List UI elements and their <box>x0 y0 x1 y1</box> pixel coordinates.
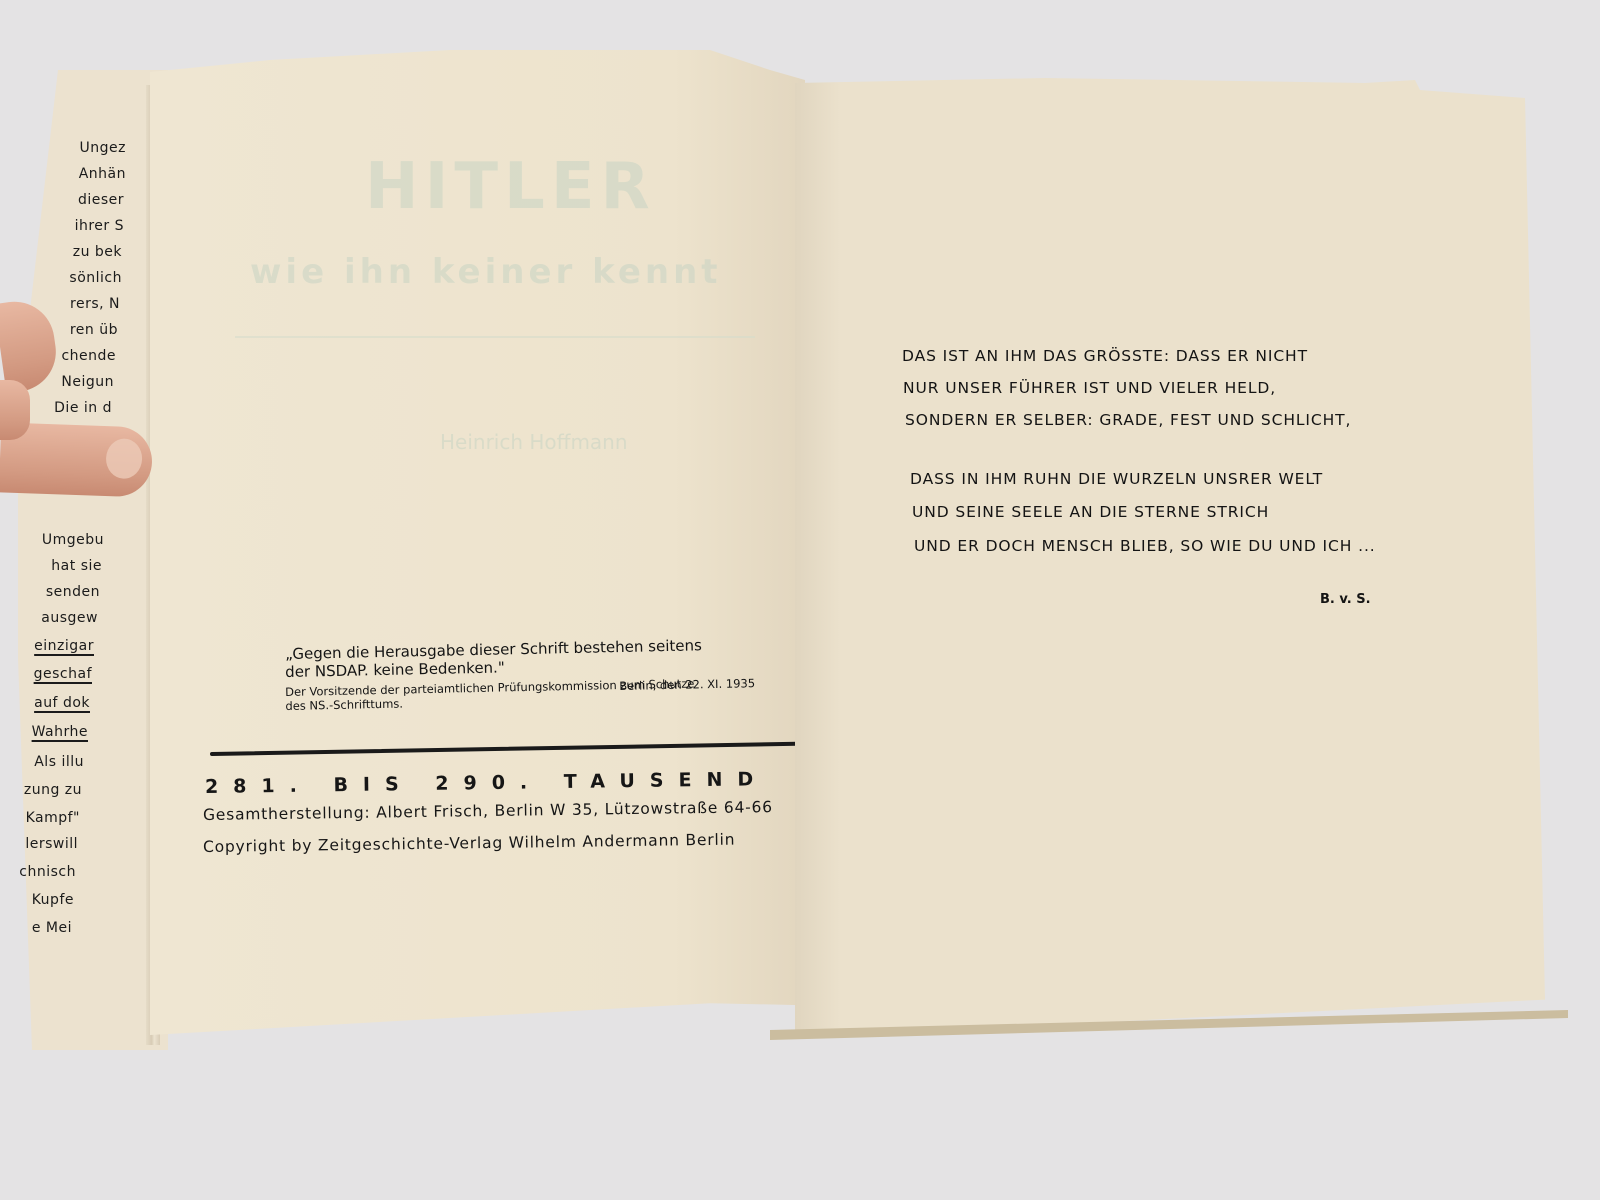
poem-line-2: NUR UNSER FÜHRER IST UND VIELER HELD, <box>903 379 1276 397</box>
flap-text-line: chende <box>61 348 116 364</box>
flap-text-line: einzigar <box>34 638 94 654</box>
flap-text-line: zung zu <box>24 782 82 798</box>
flap-text-line: Umgebu <box>42 532 104 548</box>
flap-text-line: sönlich <box>69 270 122 286</box>
flap-text-line: Neigun <box>61 374 114 390</box>
flap-text-line: senden <box>46 584 100 600</box>
finger-knuckle <box>0 380 30 440</box>
poem-line-1: DAS IST AN IHM DAS GRÖSSTE: DASS ER NICH… <box>902 347 1308 365</box>
flap-text-line: Kupfe <box>32 892 74 908</box>
poem-line-6: UND ER DOCH MENSCH BLIEB, SO WIE DU UND … <box>914 537 1376 555</box>
flap-text-line: lerswill <box>25 836 78 852</box>
right-page <box>795 78 1545 1038</box>
flap-text-line: auf dok <box>34 695 90 711</box>
poem-signature: B. v. S. <box>1320 592 1371 607</box>
flap-text-line: Kampf" <box>26 810 80 826</box>
flap-text-line: ihrer S <box>75 218 124 234</box>
flap-text-line: rers, N <box>70 296 120 312</box>
flap-text-line: chnisch <box>19 864 76 880</box>
poem-line-3: SONDERN ER SELBER: GRADE, FEST UND SCHLI… <box>905 411 1351 429</box>
flap-text-line: Als illu <box>34 754 84 770</box>
show-through-title: HITLER <box>365 150 656 224</box>
show-through-rule <box>235 336 755 338</box>
flap-text-line: Ungez <box>80 140 126 156</box>
flap-text-line: hat sie <box>51 558 102 574</box>
flap-text-line: zu bek <box>73 244 122 260</box>
approval-attribution: Der Vorsitzende der parteiamtlichen Prüf… <box>285 675 755 713</box>
attribution-line-2: des NS.-Schrifttums. <box>285 697 403 713</box>
flap-text-line: dieser <box>78 192 124 208</box>
approval-place-date: Berlin, den 22. XI. 1935 <box>619 676 755 693</box>
poem-line-5: UND SEINE SEELE AN DIE STERNE STRICH <box>912 503 1269 521</box>
flap-text-line: e Mei <box>32 920 72 936</box>
party-approval-notice: „Gegen die Herausgabe dieser Schrift bes… <box>285 645 755 713</box>
flap-text-line: Die in d <box>54 400 112 416</box>
fingernail <box>105 438 142 479</box>
flap-text-line: geschaf <box>34 666 92 682</box>
flap-text-line: ren üb <box>70 322 118 338</box>
show-through-subtitle: wie ihn keiner kennt <box>250 252 722 292</box>
show-through-author: Heinrich Hoffmann <box>440 430 628 454</box>
poem-line-4: DASS IN IHM RUHN DIE WURZELN UNSRER WELT <box>910 470 1323 488</box>
flap-text-line: ausgew <box>41 610 98 626</box>
flap-text-line: Anhän <box>79 166 126 182</box>
flap-text-line: Wahrhe <box>32 724 88 740</box>
